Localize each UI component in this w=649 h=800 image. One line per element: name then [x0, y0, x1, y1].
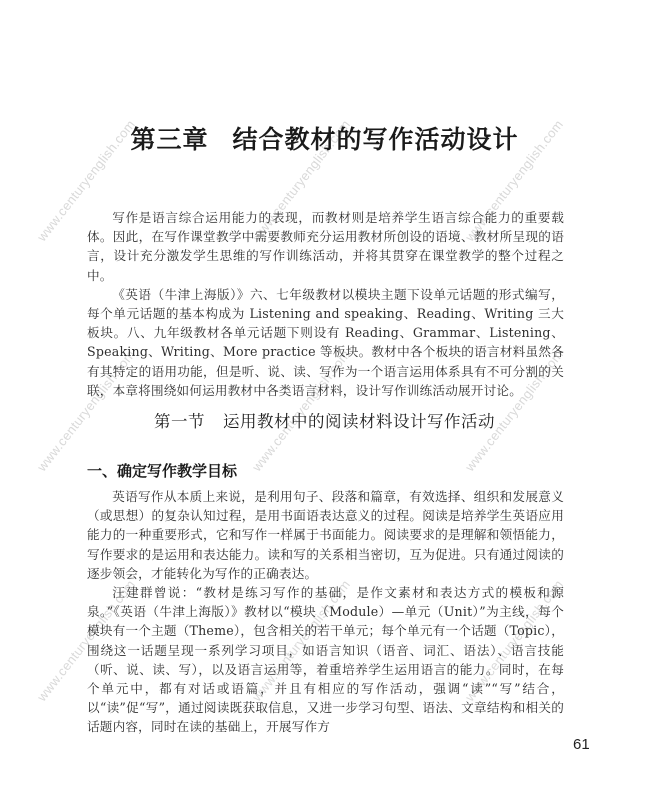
- section-number: 第一节: [154, 412, 205, 431]
- chapter-name: 结合教材的写作活动设计: [233, 125, 519, 154]
- chapter-number: 第三章: [130, 125, 208, 154]
- section-name: 运用教材中的阅读材料设计写作活动: [223, 412, 495, 431]
- intro-paragraph: 《英语（牛津上海版）》六、七年级教材以模块主题下设单元话题的形式编写，每个单元话…: [87, 285, 564, 400]
- body-paragraph: 英语写作从本质上来说，是利用句子、段落和篇章，有效选择、组织和发展意义（或思想）…: [87, 487, 564, 583]
- intro-paragraph: 写作是语言综合运用能力的表现，而教材则是培养学生语言综合能力的重要载体。因此，在…: [87, 208, 564, 285]
- chapter-title: 第三章结合教材的写作活动设计: [0, 120, 649, 156]
- body-paragraph: 汪建群曾说：“教材是练习写作的基础，是作文素材和表达方式的模板和源泉。”《英语（…: [87, 583, 564, 737]
- page-number: 61: [573, 736, 590, 753]
- section-title: 第一节运用教材中的阅读材料设计写作活动: [0, 408, 649, 432]
- chapter-intro: 写作是语言综合运用能力的表现，而教材则是培养学生语言综合能力的重要载体。因此，在…: [87, 208, 564, 400]
- book-page: 第三章结合教材的写作活动设计 写作是语言综合运用能力的表现，而教材则是培养学生语…: [0, 0, 649, 800]
- subsection-body: 英语写作从本质上来说，是利用句子、段落和篇章，有效选择、组织和发展意义（或思想）…: [87, 487, 564, 737]
- subsection-heading: 一、确定写作教学目标: [87, 460, 237, 481]
